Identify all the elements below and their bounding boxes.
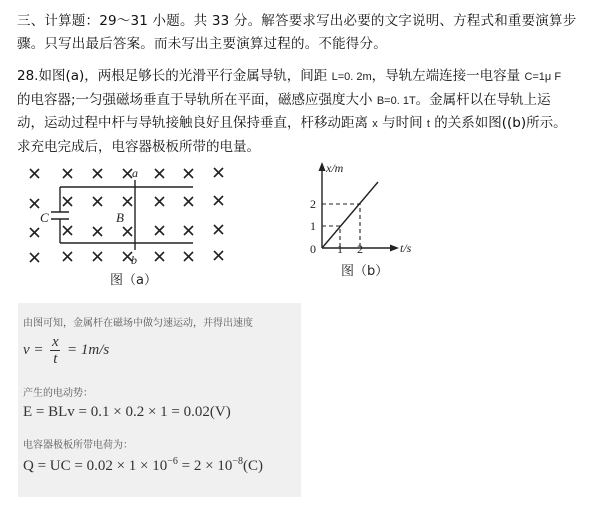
answer-solution-box: 由图可知，金属杆在磁场中做匀速运动，并得出速度 v = x t = 1m/s 产… (18, 303, 301, 497)
instructions-line-1: 三、计算题：29～31 小题。共 33 分。解答要求写出必要的文字说明、方程式和… (17, 10, 592, 33)
exponent-2: −8 (232, 456, 243, 467)
formula-charge: Q = UC = 0.02 × 1 × 10−6 = 2 × 10−8(C) (23, 456, 263, 475)
label-b: b (131, 253, 137, 267)
fraction-denominator: t (50, 352, 60, 366)
figure-b-caption: 图（b） (341, 264, 388, 279)
formula-charge-unit: (C) (243, 458, 263, 474)
formula-velocity: v = x t = 1m/s (23, 335, 109, 366)
formula-velocity-lhs: v = (23, 342, 44, 358)
exponent-1: −6 (167, 456, 178, 467)
label-a: a (132, 166, 138, 180)
problem-line-4: 求充电完成后，电容器极板所带的电量。 (17, 136, 595, 159)
data-line (322, 182, 378, 248)
problem-text: 28.如图(a)，两根足够长的光滑平行金属导轨，间距 (17, 68, 332, 84)
section-instructions: 三、计算题：29～31 小题。共 33 分。解答要求写出必要的文字说明、方程式和… (17, 10, 592, 56)
problem-line-1: 28.如图(a)，两根足够长的光滑平行金属导轨，间距 L=0. 2m，导轨左端连… (17, 65, 595, 89)
x-t-chart: x/m t/s 0 1 2 1 2 图（b） (300, 160, 430, 290)
y-axis-arrow-icon (319, 162, 326, 171)
figure-a: a b C B 图（a） (18, 160, 243, 290)
problem-text: 与时间 (378, 115, 427, 131)
y-axis-label: x/m (325, 161, 344, 175)
answer-note-emf: 产生的电动势： (23, 384, 93, 399)
x-tick-1: 1 (337, 242, 343, 256)
problem-text: 动，运动过程中杆与导轨接触良好且保持垂直，杆移动距离 (17, 115, 372, 131)
rail-spacing-value: L=0. 2m (332, 71, 372, 83)
capacitance-value: C=1μ F (524, 71, 561, 83)
answer-note-charge: 电容器极板所带电荷为： (23, 436, 133, 451)
x-tick-2: 2 (357, 242, 363, 256)
x-axis-label: t/s (400, 241, 412, 255)
problem-statement: 28.如图(a)，两根足够长的光滑平行金属导轨，间距 L=0. 2m，导轨左端连… (17, 65, 595, 158)
fraction-numerator: x (50, 335, 60, 349)
problem-text: 。金属杆以在导轨上运 (416, 92, 551, 108)
figure-a-caption: 图（a） (110, 273, 157, 288)
problem-text: 的关系如图((b)所示。 (430, 115, 567, 131)
magnetic-field-crosses (30, 168, 223, 262)
problem-line-2: 的电容器;一匀强磁场垂直于导轨所在平面，磁感应强度大小 B=0. 1T。金属杆以… (17, 89, 595, 113)
origin-label: 0 (310, 242, 316, 256)
figure-b: x/m t/s 0 1 2 1 2 图（b） (300, 160, 430, 290)
formula-emf: E = BLv = 0.1 × 0.2 × 1 = 0.02(V) (23, 404, 231, 421)
formula-charge-part2: = 2 × 10 (178, 458, 232, 474)
answer-note-velocity: 由图可知，金属杆在磁场中做匀速运动，并得出速度 (23, 314, 253, 329)
problem-line-3: 动，运动过程中杆与导轨接触良好且保持垂直，杆移动距离 x 与时间 t 的关系如图… (17, 112, 595, 136)
y-tick-2: 2 (310, 197, 316, 211)
y-tick-1: 1 (310, 219, 316, 233)
instructions-line-2: 骤。只写出最后答案。而未写出主要演算过程的。不能得分。 (17, 33, 592, 56)
formula-velocity-rhs: = 1m/s (67, 342, 109, 358)
label-field: B (116, 210, 124, 225)
capacitor-plates (51, 212, 69, 219)
problem-text: 的电容器;一匀强磁场垂直于导轨所在平面，磁感应强度大小 (17, 92, 377, 108)
label-capacitor: C (40, 210, 49, 225)
x-axis-arrow-icon (390, 245, 399, 252)
field-strength-value: B=0. 1T (377, 95, 416, 107)
fraction-x-over-t: x t (50, 335, 60, 366)
circuit-diagram: a b C B 图（a） (18, 160, 243, 290)
formula-charge-part1: Q = UC = 0.02 × 1 × 10 (23, 458, 167, 474)
problem-text: ，导轨左端连接一电容量 (372, 68, 525, 84)
